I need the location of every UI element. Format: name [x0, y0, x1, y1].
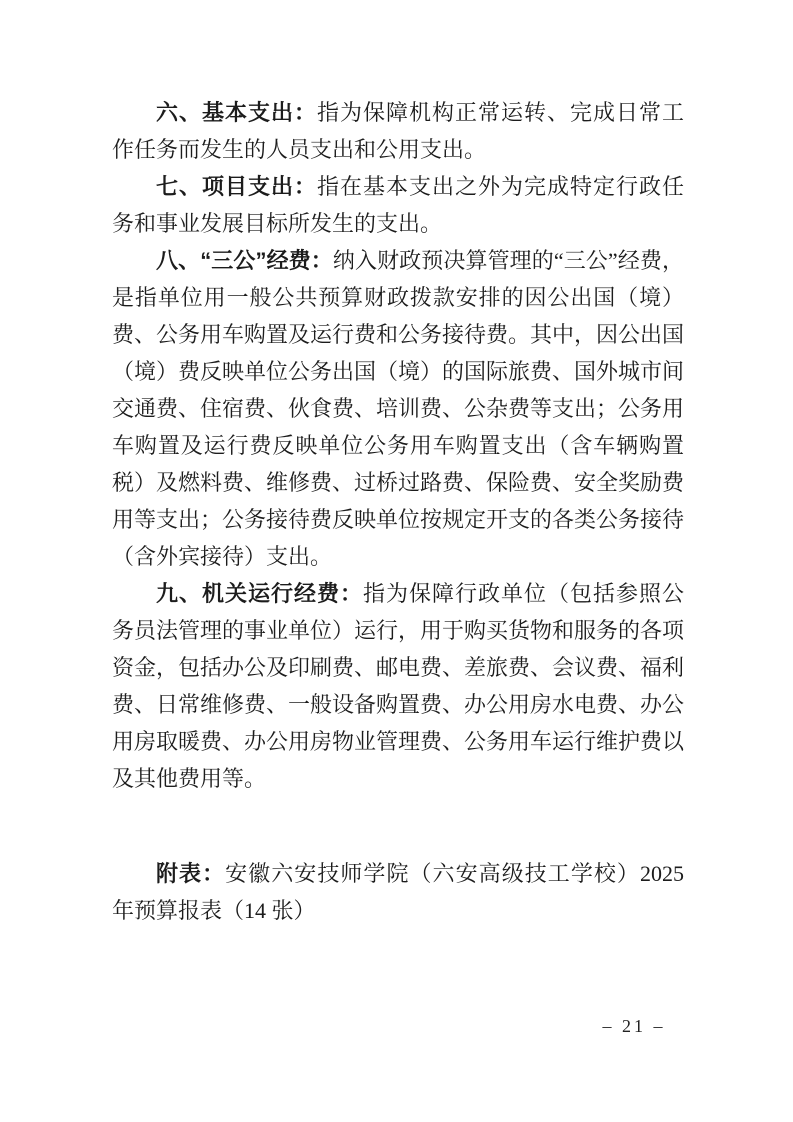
document-body: 六、基本支出：指为保障机构正常运转、完成日常工作任务而发生的人员支出和公用支出。…: [112, 94, 684, 929]
page-number: – 21 –: [586, 1016, 682, 1037]
paragraph-three-public-funds: 八、“三公”经费：纳入财政预决算管理的“三公”经费，是指单位用一般公共预算财政拨…: [112, 242, 684, 575]
paragraph-project-expenditure: 七、项目支出：指在基本支出之外为完成特定行政任务和事业发展目标所发生的支出。: [112, 168, 684, 242]
paragraph-project-expenditure-label: 七、项目支出：: [156, 174, 317, 199]
paragraph-basic-expenditure: 六、基本支出：指为保障机构正常运转、完成日常工作任务而发生的人员支出和公用支出。: [112, 94, 684, 168]
paragraph-three-public-funds-text: 纳入财政预决算管理的“三公”经费，是指单位用一般公共预算财政拨款安排的因公出国（…: [112, 248, 684, 569]
paragraph-appendix-note: 附表：安徽六安技师学院（六安高级技工学校）2025 年预算报表（14 张）: [112, 855, 684, 929]
paragraph-agency-operating-funds-label: 九、机关运行经费：: [156, 581, 363, 606]
paragraph-three-public-funds-label: 八、“三公”经费：: [156, 248, 333, 273]
document-page: 六、基本支出：指为保障机构正常运转、完成日常工作任务而发生的人员支出和公用支出。…: [0, 0, 793, 1122]
paragraph-agency-operating-funds-text: 指为保障行政单位（包括参照公务员法管理的事业单位）运行，用于购买货物和服务的各项…: [112, 581, 684, 791]
appendix-label: 附表：: [156, 861, 225, 886]
paragraph-basic-expenditure-label: 六、基本支出：: [156, 100, 317, 125]
paragraph-agency-operating-funds: 九、机关运行经费：指为保障行政单位（包括参照公务员法管理的事业单位）运行，用于购…: [112, 575, 684, 797]
